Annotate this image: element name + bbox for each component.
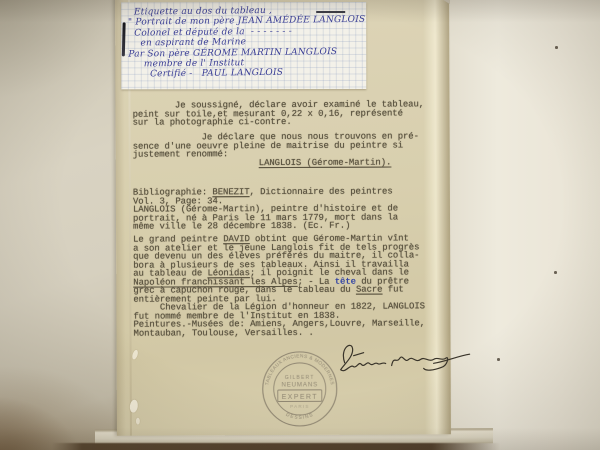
paper-damage-spot: [136, 418, 140, 425]
paper-damage-spot: [131, 349, 139, 360]
stamp-city: PARIS: [290, 404, 309, 409]
biography-paragraph: Le grand peintre DAVID obtint que Gérome…: [133, 234, 425, 337]
handwritten-label-card: Etiquette au dos du tableau ," Portrait …: [121, 2, 366, 89]
certificate-document: Etiquette au dos du tableau ," Portrait …: [115, 0, 451, 436]
text-line: même ville le 28 décembre 1838. (Ec. Fr.…: [133, 221, 398, 231]
stamp-title: EXPERT: [282, 394, 318, 401]
paper-damage-spot: [129, 399, 139, 413]
expert-signature: [333, 335, 473, 380]
paper-speck: [497, 358, 500, 361]
signature-stroke: [341, 345, 386, 371]
pen-stroke-mark: [122, 22, 126, 56]
paper-speck: [555, 46, 558, 49]
text-line: sur la photographie ci-contre.: [133, 117, 425, 127]
signature-stroke: [354, 353, 364, 356]
declaration-paragraph: Je soussigné, déclare avoir examiné le t…: [132, 100, 424, 127]
stamp-name-line1: GILBERT: [285, 375, 315, 381]
stamp-name-line2: NEUMANS: [281, 381, 318, 388]
photo-scene: Etiquette au dos du tableau ," Portrait …: [0, 0, 600, 450]
document-corner-fold: [436, 0, 450, 4]
background-surface-left: [0, 0, 122, 450]
declaration-paragraph-2: Je déclare que nous nous trouvons en pré…: [133, 132, 419, 159]
text-line: Certifié - PAUL LANGLOIS: [129, 67, 366, 80]
handwritten-note: Etiquette au dos du tableau ," Portrait …: [128, 5, 366, 81]
paper-speck: [554, 271, 557, 274]
bibliography-paragraph: Bibliographie: BENEZIT, Dictionnaire des…: [133, 187, 398, 231]
signature-stroke: [392, 357, 448, 370]
artist-name: LANGLOIS (Gérome-Martin).: [259, 159, 392, 168]
